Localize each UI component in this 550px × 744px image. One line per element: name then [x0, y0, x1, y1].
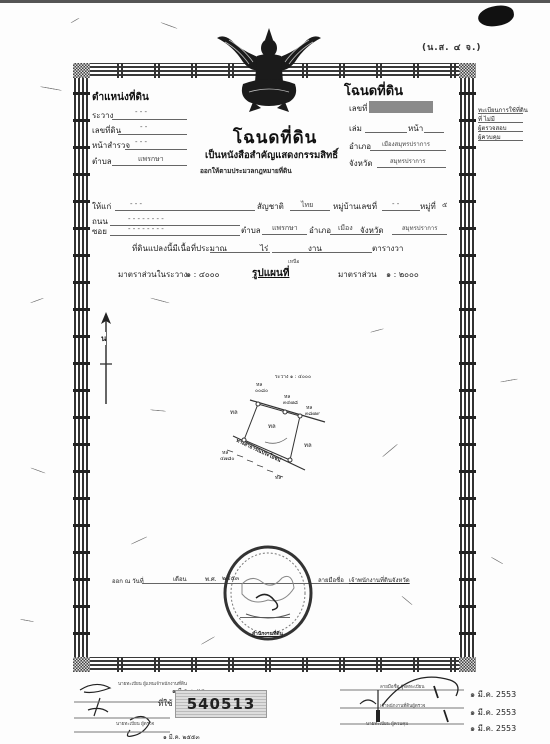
field-line	[377, 167, 446, 168]
issue-month-label: เดือน	[173, 574, 187, 584]
frame-corner-tl	[73, 63, 90, 78]
area-unit-ngan: งาน	[308, 242, 322, 255]
form-code: (น.ส. ๔ จ.)	[422, 40, 481, 54]
field-label-page: หน้า	[408, 122, 423, 135]
field-value-map-sheet: - - -	[135, 108, 147, 116]
scan-speck	[40, 86, 62, 91]
scan-speck	[382, 444, 398, 458]
signer-1: ลายมือชื่อ ผู้จดทะเบียน	[380, 683, 424, 690]
owner-label: ให้แก่	[92, 200, 111, 213]
signer-3-date: ๑ มี.ค. 2553	[470, 722, 516, 735]
field-value-survey-page: - - -	[135, 138, 147, 146]
scan-speck	[150, 297, 170, 303]
map-scale-right-value: ๑ : ๒๐๐๐	[386, 268, 419, 281]
scan-speck	[491, 557, 504, 565]
side-line	[478, 140, 523, 141]
field-label-deed-no: เลขที่	[349, 102, 367, 115]
field-line	[262, 234, 307, 235]
field-line	[392, 234, 447, 235]
road-value: - - - - - - - -	[128, 215, 164, 223]
inspector-title: นายทะเบียน ผู้ตรวจ	[116, 720, 154, 727]
field-line	[370, 150, 446, 151]
map-scale-left-value: ๑ : ๔๐๐๐	[186, 268, 220, 281]
signer-3: นายทะเบียน ผู้ควบคุม	[366, 720, 408, 727]
issue-year-label: พ.ศ.	[205, 574, 217, 584]
soi-label: ซอย	[92, 225, 107, 238]
province-value: สมุทรปราการ	[402, 223, 437, 233]
field-value-land-no: - -	[140, 123, 147, 131]
subdistrict-value: แพรกษา	[272, 223, 298, 234]
field-value-province: สมุทรปราการ	[390, 156, 425, 166]
scan-speck	[401, 596, 412, 606]
garuda-emblem-icon	[213, 26, 325, 112]
serial-number: 540513	[175, 690, 267, 718]
owner-value: - - -	[130, 200, 142, 208]
field-label-map-sheet: ระวาง	[92, 109, 113, 122]
province-label: จังหวัด	[360, 224, 384, 237]
location-heading: ตำแหน่งที่ดิน	[92, 90, 149, 105]
scan-speck	[20, 619, 34, 622]
official-seal-icon	[222, 544, 314, 642]
serial-label: ที่ใช้	[158, 697, 173, 710]
frame-corner-br	[459, 657, 476, 672]
field-value-district: เมืองสมุทรปราการ	[382, 139, 430, 149]
scan-speck	[70, 18, 79, 24]
nationality-value: ไทย	[301, 200, 313, 211]
scan-speck	[160, 22, 177, 29]
field-line	[112, 165, 187, 166]
subdistrict-label: ตำบล	[241, 224, 261, 237]
north-arrow-icon	[98, 312, 114, 404]
map-scale-left-label: มาตราส่วนในระวาง	[118, 268, 187, 281]
soi-value: - - - - - - - -	[128, 225, 164, 233]
field-line	[365, 132, 407, 133]
scan-speck	[30, 467, 45, 473]
area-unit-rai: ไร่	[260, 242, 268, 255]
field-label-province: จังหวัด	[349, 157, 373, 170]
scan-speck	[500, 378, 518, 382]
plan-title: รูปแผนที่	[252, 266, 289, 281]
frame-right	[459, 78, 476, 657]
field-label-land-no: เลขที่ดิน	[92, 124, 121, 137]
scan-speck	[370, 328, 384, 333]
officer-title: เจ้าพนักงานที่ดินจังหวัด	[349, 575, 410, 585]
signer-2: เจ้าพนักงานที่ดินผู้ตรวจ	[380, 702, 425, 709]
signer-2-date: ๑ มี.ค. 2553	[470, 706, 516, 719]
house-no-label: หมู่บ้านเลขที่	[333, 200, 377, 213]
field-line	[322, 252, 372, 253]
scan-speck	[30, 298, 43, 304]
scan-speck	[150, 409, 166, 411]
field-value-subdistrict: แพรกษา	[138, 154, 164, 165]
document-legal-basis: ออกให้ตามประมวลกฎหมายที่ดิน	[200, 166, 292, 176]
document-title: โฉนดที่ดิน	[233, 124, 317, 151]
field-label-subdistrict: ตำบล	[92, 155, 112, 168]
house-no-value: - -	[392, 200, 399, 208]
field-line	[118, 134, 187, 135]
plan-code-4: ๔๗๘๐	[220, 455, 234, 463]
frame-corner-bl	[73, 657, 90, 672]
field-line	[125, 149, 187, 150]
plan-code-1: ๐๐๘๐	[255, 387, 268, 395]
nationality-label: สัญชาติ	[257, 200, 284, 213]
document-subtitle: เป็นหนังสือสำคัญแสดงกรรมสิทธิ์	[205, 148, 338, 163]
seal-office-text: สำนักงานที่ดิน	[252, 630, 283, 638]
field-line	[112, 119, 187, 120]
plan-west-label: ทล	[230, 407, 238, 417]
field-line	[424, 132, 444, 133]
field-label-district: อำเภอ	[349, 140, 371, 153]
north-label: น	[101, 332, 106, 345]
field-label-volume: เล่ม	[349, 122, 362, 135]
field-line	[115, 210, 255, 211]
village-no-value: ๕	[442, 200, 447, 211]
plan-code-3: ๓๘๗๙	[305, 410, 320, 418]
issue-date-label: ออก ณ วันที่	[112, 576, 144, 586]
deed-heading: โฉนดที่ดิน	[344, 80, 403, 101]
village-no-label: หมู่ที่	[420, 200, 436, 213]
inspector-date: ๑ มี.ค. ๒๕๕๓	[163, 732, 200, 742]
district-value: เมือง	[338, 223, 353, 234]
area-unit-wa: ตารางวา	[372, 242, 403, 255]
signer-1-date: ๑ มี.ค. 2553	[470, 688, 516, 701]
frame-bottom	[90, 657, 459, 672]
ink-blot	[477, 4, 515, 29]
scan-edge	[0, 0, 550, 3]
plan-code-2: ๓๔๗๘	[283, 399, 298, 407]
redacted-deed-number	[369, 101, 433, 113]
scan-speck	[131, 536, 148, 545]
frame-corner-tr	[459, 63, 476, 78]
frame-left	[73, 78, 90, 657]
plan-east-label: ทล	[304, 440, 312, 450]
field-line	[382, 210, 420, 211]
scan-speck	[201, 636, 215, 645]
plan-parcel-label: ทล	[268, 421, 276, 431]
plan-north-note: เหนือ	[288, 258, 299, 266]
officer-signature-label: ลายมือชื่อ	[318, 575, 344, 585]
map-scale-right-label: มาตราส่วน	[338, 268, 377, 281]
field-label-survey-page: หน้าสำรวจ	[92, 139, 130, 152]
land-plot-diagram	[225, 380, 335, 480]
area-label: ที่ดินแปลงนี้มีเนื้อที่ประมาณ	[132, 242, 227, 255]
field-line	[110, 235, 240, 236]
plan-south-label: ทล	[275, 474, 281, 482]
district-label: อำเภอ	[309, 224, 331, 237]
